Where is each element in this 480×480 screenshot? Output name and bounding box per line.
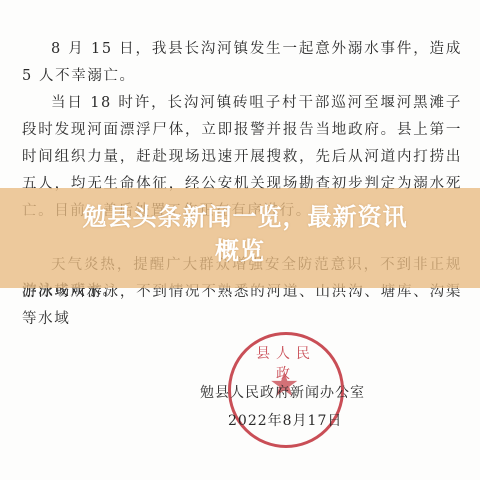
banner-title-line-1: 勉县头条新闻一览，最新资讯	[0, 200, 480, 234]
banner-title: 勉县头条新闻一览，最新资讯 概览	[0, 200, 480, 268]
banner-title-line-2: 概览	[0, 234, 480, 268]
paragraph-incident: 8 月 15 日，我县长沟河镇发生一起意外溺水事件，造成 5 人不幸溺亡。	[22, 36, 462, 90]
signature-date: 2022年8月17日	[228, 410, 342, 430]
signature: 勉县人民政府新闻办公室	[200, 382, 365, 402]
